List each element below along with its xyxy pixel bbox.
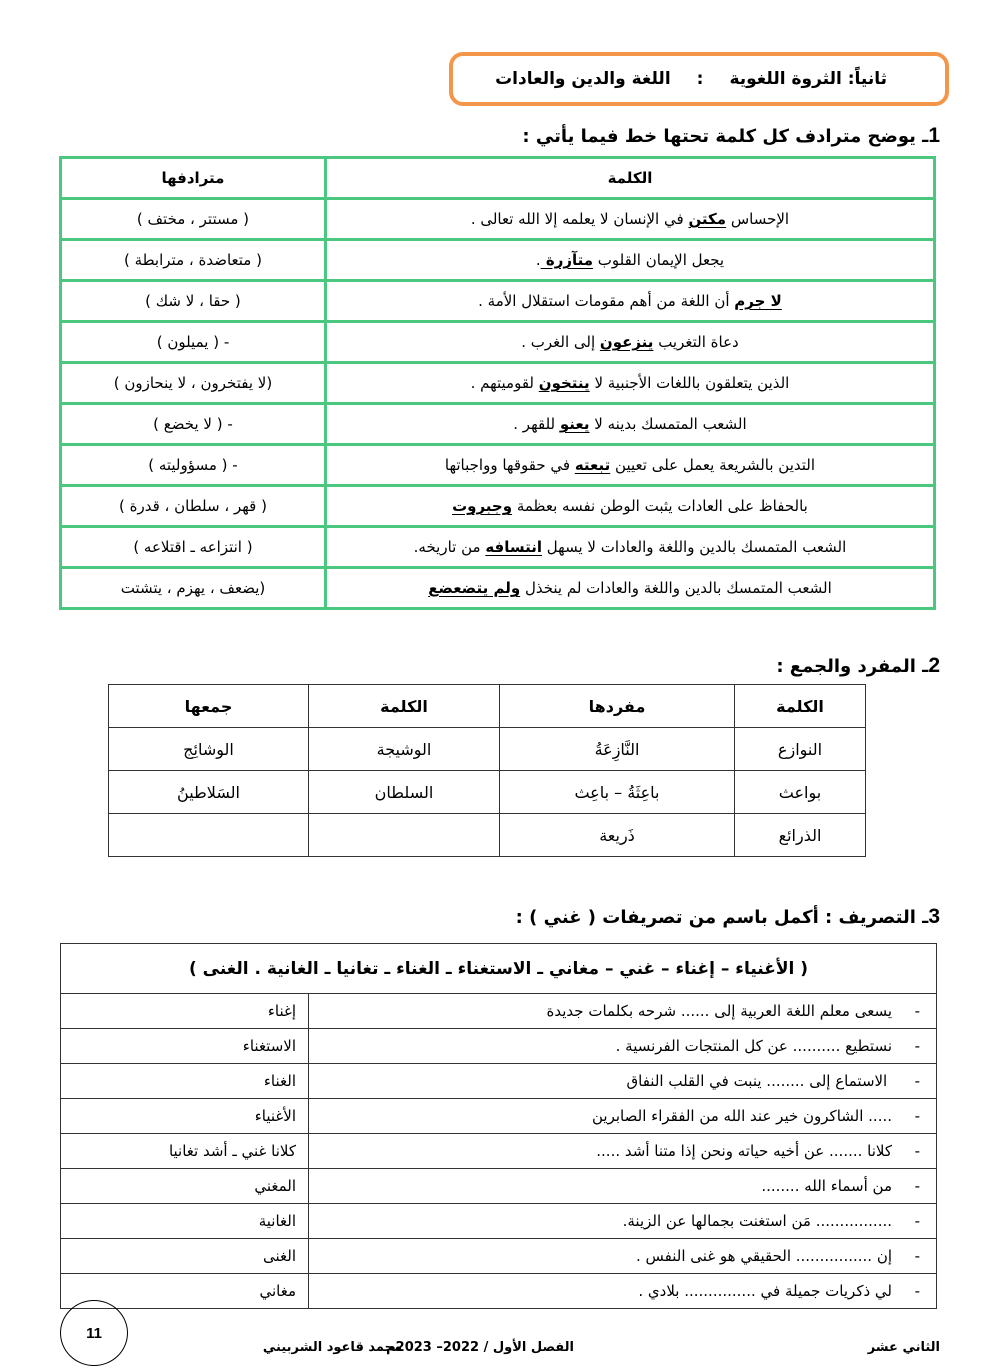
sentence-before: التدين بالشريعة يعمل على تعيين — [610, 456, 815, 474]
singular-plural-table: الكلمة مفردها الكلمة جمعها النوازعالنَّا… — [108, 684, 866, 857]
synonym-cell: ( حقا ، لا شك ) — [61, 281, 326, 322]
table-row: -................ مَن استغنت بجمالها عن … — [61, 1204, 937, 1239]
col-header-word-2: الكلمة — [309, 685, 500, 728]
dash-bullet: - — [892, 1282, 920, 1300]
table-row: الشعب المتمسك بدينه لا يعنو للقهر .- ( ل… — [61, 404, 935, 445]
synonym-cell: - ( لا يخضع ) — [61, 404, 326, 445]
answer-cell: الغانية — [61, 1204, 309, 1239]
sentence-cell: -..... الشاكرون خير عند الله من الفقراء … — [309, 1099, 937, 1134]
sentence-cell: -من أسماء الله ........ — [309, 1169, 937, 1204]
conjugation-table: ( الأغنياء – إغناء – غني – مغاني ـ الاست… — [60, 943, 937, 1309]
word-cell: بواعث — [735, 771, 866, 814]
word-cell-2 — [309, 814, 500, 857]
sentence-before: يجعل الإيمان القلوب — [593, 251, 724, 269]
answer-cell: الاستغناء — [61, 1029, 309, 1064]
section-topic: اللغة والدين والعادات — [495, 69, 671, 89]
table-row: - الاستماع إلى ........ ينبت في القلب ال… — [61, 1064, 937, 1099]
underlined-word: انتسافه — [485, 538, 542, 556]
sentence-cell: -كلانا ....... عن أخيه حياته ونحن إذا مت… — [309, 1134, 937, 1169]
dash-bullet: - — [892, 1142, 920, 1160]
word-cell: النوازع — [735, 728, 866, 771]
sentence-text: الاستماع إلى ........ ينبت في القلب النف… — [627, 1072, 892, 1090]
table-row: الشعب المتمسك بالدين واللغة والعادات لا … — [61, 527, 935, 568]
sentence-cell: يجعل الإيمان القلوب متآزرة . — [325, 240, 934, 281]
col-header-word-1: الكلمة — [735, 685, 866, 728]
synonyms-table: الكلمة مترادفها الإحساس مكتن في الإنسان … — [59, 156, 936, 610]
word-cell: الذرائع — [735, 814, 866, 857]
singular-cell: ذَريعة — [500, 814, 735, 857]
q1-heading: 1ـ يوضح مترادف كل كلمة تحتها خط فيما يأت… — [522, 124, 940, 148]
table-row: يجعل الإيمان القلوب متآزرة .( متعاضدة ، … — [61, 240, 935, 281]
sentence-cell: لا جرم أن اللغة من أهم مقومات استقلال ال… — [325, 281, 934, 322]
table-row: التدين بالشريعة يعمل على تعيين تبعته في … — [61, 445, 935, 486]
sentence-cell: التدين بالشريعة يعمل على تعيين تبعته في … — [325, 445, 934, 486]
sentence-text: من أسماء الله ........ — [761, 1177, 892, 1195]
table-row: -لي ذكريات جميلة في ............... بلاد… — [61, 1274, 937, 1309]
answer-cell: الغنى — [61, 1239, 309, 1274]
underlined-word: ولم يتضعضع — [428, 579, 520, 597]
sentence-cell: الشعب المتمسك بالدين واللغة والعادات لم … — [325, 568, 934, 609]
col-header-plural: جمعها — [109, 685, 309, 728]
sentence-after: في الإنسان لا يعلمه إلا الله تعالى . — [471, 210, 689, 228]
sentence-text: ..... الشاكرون خير عند الله من الفقراء ا… — [592, 1107, 892, 1125]
q3-title: ـ التصريف : أكمل باسم من تصريفات ( غني )… — [516, 907, 929, 928]
dash-bullet: - — [892, 1072, 920, 1090]
underlined-word: مكتن — [688, 210, 726, 228]
sentence-before: الإحساس — [726, 210, 789, 228]
sentence-cell: الذين يتعلقون باللغات الأجنبية لا ينتخون… — [325, 363, 934, 404]
sentence-before: الشعب المتمسك بالدين واللغة والعادات لا … — [542, 538, 846, 556]
q3-heading: 3ـ التصريف : أكمل باسم من تصريفات ( غني … — [516, 905, 940, 929]
sentence-text: يسعى معلم اللغة العربية إلى ...... شرحه … — [547, 1002, 892, 1020]
sentence-cell: بالحفاظ على العادات يثبت الوطن نفسه بعظم… — [325, 486, 934, 527]
synonym-cell: - ( يميلون ) — [61, 322, 326, 363]
q1-title: ـ يوضح مترادف كل كلمة تحتها خط فيما يأتي… — [522, 126, 928, 147]
synonym-cell: ( متعاضدة ، مترابطة ) — [61, 240, 326, 281]
sentence-before: الذين يتعلقون باللغات الأجنبية لا — [590, 374, 790, 392]
word-cell-2: الوشيجة — [309, 728, 500, 771]
underlined-word: يعنو — [560, 415, 590, 433]
singular-cell: النَّازِعَةُ — [500, 728, 735, 771]
sentence-before: الشعب المتمسك بالدين واللغة والعادات لم … — [520, 579, 832, 597]
answer-cell: الغناء — [61, 1064, 309, 1099]
sentence-text: نستطيع .......... عن كل المنتجات الفرنسي… — [616, 1037, 892, 1055]
sentence-text: ................ مَن استغنت بجمالها عن ا… — [623, 1212, 892, 1230]
q1-number: 1 — [928, 124, 940, 147]
sentence-text: إن ................ الحقيقي هو غنى النفس… — [636, 1247, 892, 1265]
sentence-after: إلى الغرب . — [521, 333, 600, 351]
col-header-singular: مفردها — [500, 685, 735, 728]
answer-cell: كلانا غني ـ أشد تغانيا — [61, 1134, 309, 1169]
dash-bullet: - — [892, 1247, 920, 1265]
underlined-word: وجبروت — [452, 497, 512, 515]
underlined-word: متآزرة — [541, 251, 593, 269]
table-row: الإحساس مكتن في الإنسان لا يعلمه إلا الل… — [61, 199, 935, 240]
sentence-before: بالحفاظ على العادات يثبت الوطن نفسه بعظم… — [512, 497, 808, 515]
dash-bullet: - — [892, 1177, 920, 1195]
table-row: -..... الشاكرون خير عند الله من الفقراء … — [61, 1099, 937, 1134]
sentence-after: أن اللغة من أهم مقومات استقلال الأمة . — [478, 292, 734, 310]
sentence-cell: -لي ذكريات جميلة في ............... بلاد… — [309, 1274, 937, 1309]
table-row: النوازعالنَّازِعَةُالوشيجةالوشائِج — [109, 728, 866, 771]
sentence-cell: -نستطيع .......... عن كل المنتجات الفرنس… — [309, 1029, 937, 1064]
sentence-cell: -يسعى معلم اللغة العربية إلى ...... شرحه… — [309, 994, 937, 1029]
plural-cell — [109, 814, 309, 857]
sentence-text: لي ذكريات جميلة في ............... بلادي… — [638, 1282, 892, 1300]
header-separator: : — [697, 69, 704, 89]
sentence-cell: الإحساس مكتن في الإنسان لا يعلمه إلا الل… — [325, 199, 934, 240]
underlined-word: لا جرم — [734, 292, 782, 310]
synonym-cell: (يضعف ، يهزم ، يتشتت — [61, 568, 326, 609]
sentence-cell: - الاستماع إلى ........ ينبت في القلب ال… — [309, 1064, 937, 1099]
sentence-after: من تاريخه. — [414, 538, 486, 556]
plural-cell: الوشائِج — [109, 728, 309, 771]
dash-bullet: - — [892, 1037, 920, 1055]
underlined-word: ينتخون — [539, 374, 590, 392]
table-row: -من أسماء الله ........المغني — [61, 1169, 937, 1204]
table-row: -كلانا ....... عن أخيه حياته ونحن إذا مت… — [61, 1134, 937, 1169]
footer-author: محمد قاعود الشربيني — [263, 1340, 402, 1355]
word-cell-2: السلطان — [309, 771, 500, 814]
footer-term: الفصل الأول / 2022– 2023م — [386, 1340, 574, 1355]
singular-cell: باعِثَةُ – باعِث — [500, 771, 735, 814]
table-row: الشعب المتمسك بالدين واللغة والعادات لم … — [61, 568, 935, 609]
sentence-after: لقوميتهم . — [471, 374, 539, 392]
sentence-cell: دعاة التغريب ينزعون إلى الغرب . — [325, 322, 934, 363]
table-row: الذرائعذَريعة — [109, 814, 866, 857]
col-header-synonym: مترادفها — [61, 158, 326, 199]
sentence-text: كلانا ....... عن أخيه حياته ونحن إذا متن… — [596, 1142, 892, 1160]
plural-cell: السَلاطينُ — [109, 771, 309, 814]
table-row: لا جرم أن اللغة من أهم مقومات استقلال ال… — [61, 281, 935, 322]
sentence-cell: -................ مَن استغنت بجمالها عن … — [309, 1204, 937, 1239]
synonym-cell: ( مستتر ، مختف ) — [61, 199, 326, 240]
sentence-cell: الشعب المتمسك بالدين واللغة والعادات لا … — [325, 527, 934, 568]
underlined-word: تبعته — [575, 456, 610, 474]
dash-bullet: - — [892, 1212, 920, 1230]
sentence-after: في حقوقها وواجباتها — [445, 456, 575, 474]
sentence-before: الشعب المتمسك بدينه لا — [590, 415, 747, 433]
table-row: دعاة التغريب ينزعون إلى الغرب .- ( يميلو… — [61, 322, 935, 363]
dash-bullet: - — [892, 1107, 920, 1125]
table-row: -يسعى معلم اللغة العربية إلى ...... شرحه… — [61, 994, 937, 1029]
q2-number: 2 — [928, 654, 940, 677]
sentence-after: للقهر . — [513, 415, 560, 433]
sentence-before: دعاة التغريب — [653, 333, 738, 351]
section-header-box: ثانياً: الثروة اللغوية : اللغة والدين وا… — [449, 52, 949, 106]
answer-cell: المغني — [61, 1169, 309, 1204]
table-row: بواعثباعِثَةُ – باعِثالسلطانالسَلاطينُ — [109, 771, 866, 814]
underlined-word: ينزعون — [600, 333, 654, 351]
synonym-cell: - ( مسؤوليته ) — [61, 445, 326, 486]
table-row: -نستطيع .......... عن كل المنتجات الفرنس… — [61, 1029, 937, 1064]
synonym-cell: ( قهر ، سلطان ، قدرة ) — [61, 486, 326, 527]
answer-cell: إغناء — [61, 994, 309, 1029]
sentence-cell: الشعب المتمسك بدينه لا يعنو للقهر . — [325, 404, 934, 445]
table-row: بالحفاظ على العادات يثبت الوطن نفسه بعظم… — [61, 486, 935, 527]
synonym-cell: ( انتزاعه ـ اقتلاعه ) — [61, 527, 326, 568]
synonym-cell: (لا يفتخرون ، لا ينحازون ) — [61, 363, 326, 404]
q2-title: ـ المفرد والجمع : — [776, 656, 928, 677]
page-number-circle: 11 — [60, 1300, 128, 1366]
sentence-cell: -إن ................ الحقيقي هو غنى النف… — [309, 1239, 937, 1274]
answer-cell: الأغنياء — [61, 1099, 309, 1134]
table-row: الذين يتعلقون باللغات الأجنبية لا ينتخون… — [61, 363, 935, 404]
section-label: ثانياً: الثروة اللغوية — [729, 69, 887, 89]
q2-heading: 2ـ المفرد والجمع : — [776, 654, 940, 678]
dash-bullet: - — [892, 1002, 920, 1020]
footer-grade: الثاني عشر — [868, 1340, 940, 1355]
col-header-word: الكلمة — [325, 158, 934, 199]
page-number: 11 — [86, 1325, 102, 1342]
q3-number: 3 — [928, 905, 940, 928]
word-bank: ( الأغنياء – إغناء – غني – مغاني ـ الاست… — [61, 944, 937, 994]
table-row: -إن ................ الحقيقي هو غنى النف… — [61, 1239, 937, 1274]
